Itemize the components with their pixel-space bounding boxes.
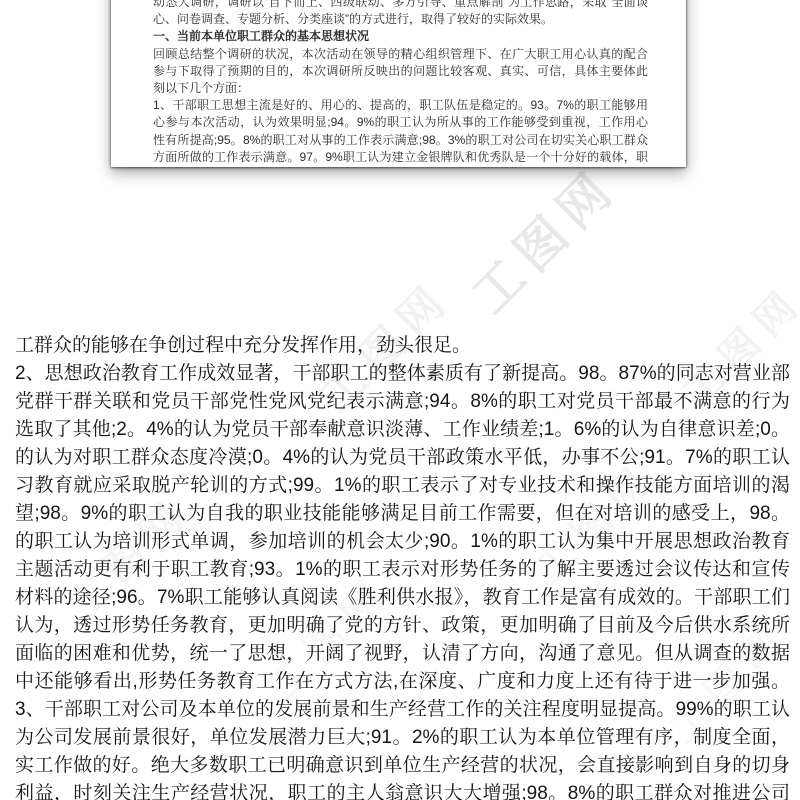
document-page-line: 动态大调研，调研以“自下而上、四级联动、多方引导、重点解剖”为工作思路，采取“全… xyxy=(153,0,648,11)
document-page-line: 回顾总结整个调研的状况，本次活动在领导的精心组织管理下、在广大职工用心认真的配合 xyxy=(153,46,648,63)
document-page-line: 1、干部职工思想主流是好的、用心的、提高的，职工队伍是稳定的。93。7%的职工能… xyxy=(153,97,648,114)
document-page-text: 动态大调研，调研以“自下而上、四级联动、多方引导、重点解剖”为工作思路，采取“全… xyxy=(153,0,648,166)
document-body-line: 材料的途径;96。7%职工能够认真阅读《胜利供水报》，教育工作是富有成效的。干部… xyxy=(15,584,790,612)
document-body-line: 望;98。9%的职工认为自我的职业技能能够满足目前工作需要，但在对培训的感受上，… xyxy=(15,500,790,528)
document-page-line: 心、问卷调查、专题分析、分类座谈”的方式进行，取得了较好的实际效果。 xyxy=(153,11,648,28)
document-body-line: 为公司发展前景很好，单位发展潜力巨大;91。2%的职工认为本单位管理有序，制度全… xyxy=(15,724,790,752)
document-body-text: 工群众的能够在争创过程中充分发挥作用，劲头很足。2、思想政治教育工作成效显著，干… xyxy=(15,332,790,800)
document-body-line: 主题活动更有利于职工教育;93。1%的职工表示对形势任务的了解主要透过会议传达和… xyxy=(15,556,790,584)
document-page-preview: 动态大调研，调研以“自下而上、四级联动、多方引导、重点解剖”为工作思路，采取“全… xyxy=(111,0,686,167)
document-body-line: 利益，时刻关注生产经营状况，职工的主人翁意识大大增强;98。8%的职工群众对推进… xyxy=(15,780,790,800)
document-page-line: 一、当前本单位职工群众的基本思想状况 xyxy=(153,28,648,45)
document-page-line: 方面所做的工作表示满意。97。9%职工认为建立金银牌队和优秀队是一个十分好的载体… xyxy=(153,149,648,166)
site-watermark: 工图网 xyxy=(453,149,631,327)
document-page-line: 刻以下几个方面： xyxy=(153,80,648,97)
document-body-line: 2、思想政治教育工作成效显著，干部职工的整体素质有了新提高。98。87%的同志对… xyxy=(15,360,790,388)
document-body-line: 的认为对职工群众态度冷漠;0。4%的认为党员干部政策水平低，办事不公;91。7%… xyxy=(15,444,790,472)
document-body-line: 选取了其他;2。4%的认为党员干部奉献意识淡薄、工作业绩差;1。6%的认为自律意… xyxy=(15,416,790,444)
document-page-line: 参与下取得了预期的目的，本次调研所反映出的问题比较客观、真实、可信，具体主要体此 xyxy=(153,63,648,80)
document-body-line: 党群干群关联和党员干部党性党风党纪表示满意;94。8%的职工对党员干部最不满意的… xyxy=(15,388,790,416)
document-body-line: 3、干部职工对公司及本单位的发展前景和生产经营工作的关注程度明显提高。99%的职… xyxy=(15,696,790,724)
document-body-line: 认为，透过形势任务教育，更加明确了党的方针、政策，更加明确了目前及今后供水系统所 xyxy=(15,612,790,640)
document-body-line: 习教育就应采取脱产轮训的方式;99。1%的职工表示了对专业技术和操作技能方面培训… xyxy=(15,472,790,500)
document-body-line: 工群众的能够在争创过程中充分发挥作用，劲头很足。 xyxy=(15,332,790,360)
document-body-line: 的职工认为培训形式单调，参加培训的机会太少;90。1%的职工认为集中开展思想政治… xyxy=(15,528,790,556)
document-body-line: 实工作做的好。绝大多数职工已明确意识到单位生产经营的状况，会直接影响到自身的切身 xyxy=(15,752,790,780)
document-page-line: 心参与本次活动，认为效果明显;94。9%的职工认为所从事的工作能够受到重视，工作… xyxy=(153,114,648,131)
document-page-line: 性有所提高;95。8%的职工对从事的工作表示满意;98。3%的职工对公司在切实关… xyxy=(153,132,648,149)
document-body-line: 中还能够看出,形势任务教育工作在方式方法,在深度、广度和力度上还有待于进一步加强… xyxy=(15,668,790,696)
document-body-line: 面临的困难和优势，统一了思想，开阔了视野，认清了方向，沟通了意见。但从调查的数据 xyxy=(15,640,790,668)
